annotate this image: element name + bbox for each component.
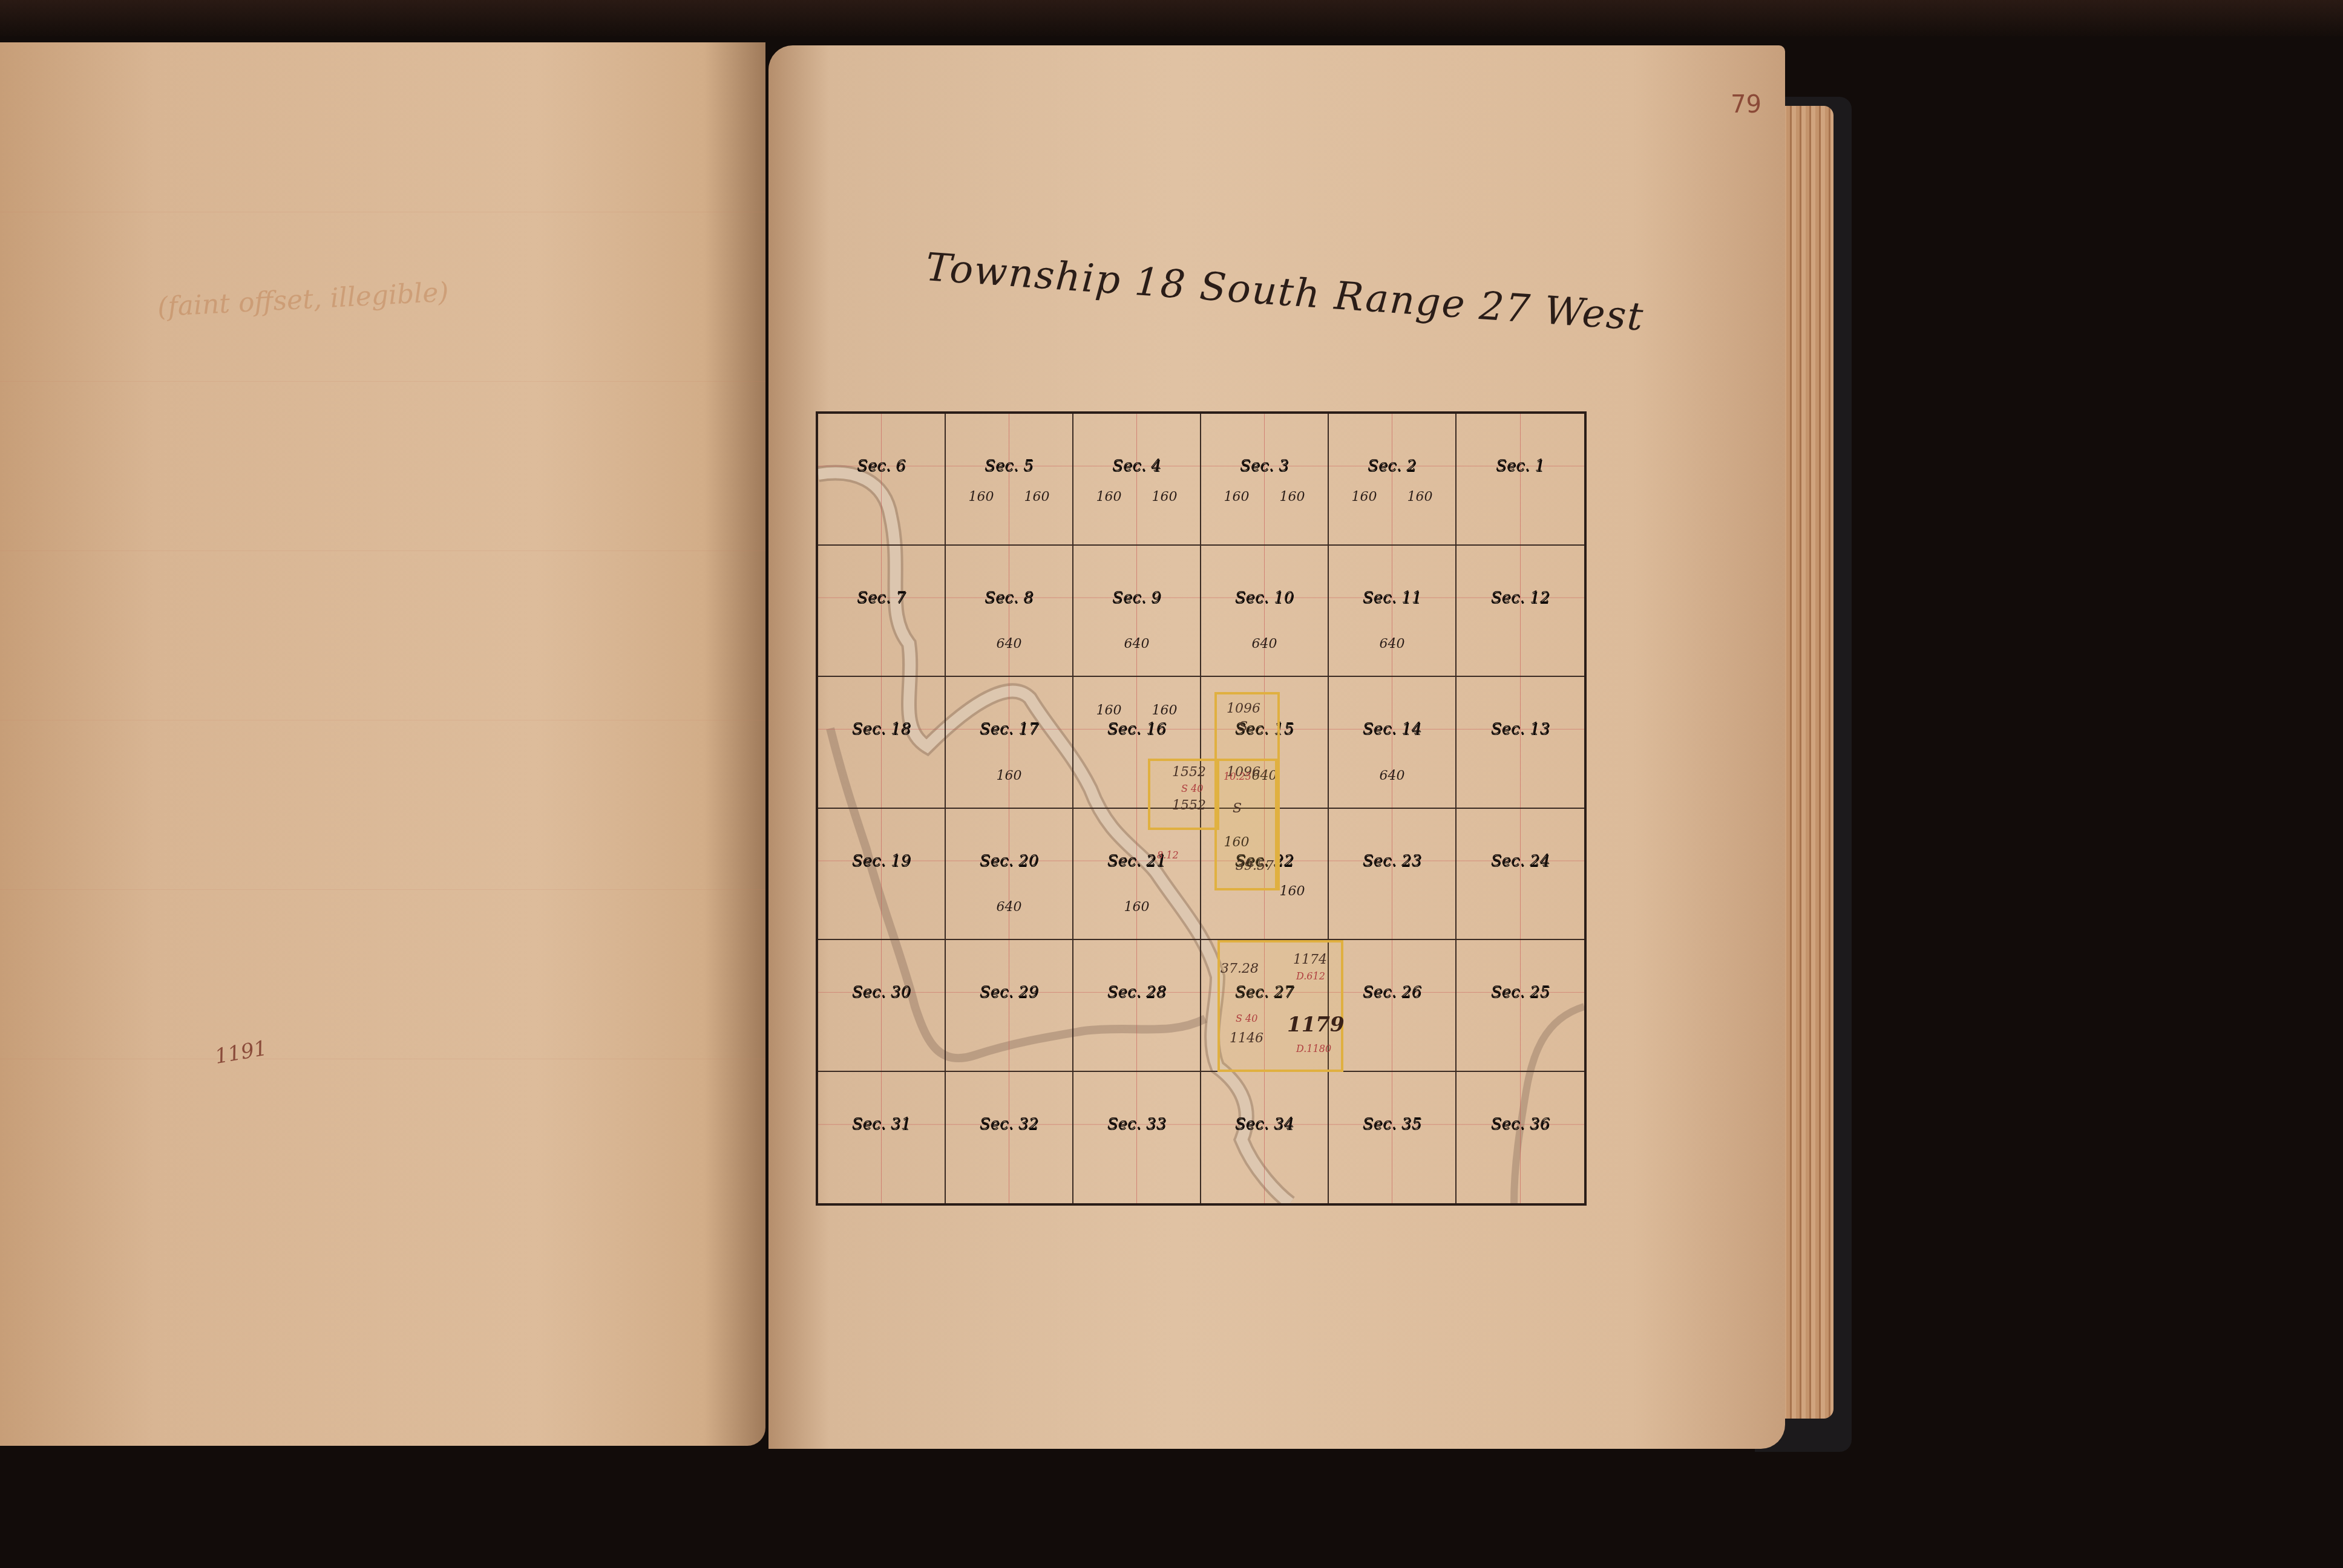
section-30[interactable]: Sec. 30 — [818, 940, 946, 1072]
annotation: 1146 — [1230, 1031, 1263, 1046]
acreage: 640 — [1380, 636, 1405, 652]
section-label: Sec. 13 — [1491, 720, 1550, 738]
ruled-line — [0, 212, 765, 212]
annotation: 1096 — [1227, 701, 1260, 716]
section-label: Sec. 9 — [1112, 589, 1161, 607]
section-label: Sec. 33 — [1107, 1115, 1166, 1133]
ruled-line — [0, 381, 765, 382]
section-6[interactable]: Sec. 6 — [818, 414, 946, 546]
acreage: 160 — [1352, 489, 1377, 505]
acreage: 640 — [997, 900, 1022, 915]
section-4[interactable]: Sec. 4160160 — [1073, 414, 1201, 546]
section-36[interactable]: Sec. 36 — [1457, 1072, 1584, 1204]
acreage: 160 — [1152, 489, 1178, 505]
section-label: Sec. 8 — [985, 589, 1034, 607]
township-plat-map: Sec. 6 Sec. 5160160 Sec. 4160160 Sec. 31… — [816, 411, 1587, 1206]
annotation: S 40 — [1181, 783, 1203, 794]
section-label: Sec. 2 — [1368, 457, 1417, 475]
section-label: Sec. 25 — [1491, 983, 1550, 1001]
section-13[interactable]: Sec. 13 — [1457, 677, 1584, 809]
section-32[interactable]: Sec. 32 — [946, 1072, 1073, 1204]
acreage: 160 — [1224, 489, 1250, 505]
acreage: 160 — [1280, 489, 1305, 505]
section-34[interactable]: Sec. 34 — [1201, 1072, 1329, 1204]
section-10[interactable]: Sec. 10640 — [1201, 546, 1329, 678]
section-3[interactable]: Sec. 3160160 — [1201, 414, 1329, 546]
acreage: 160 — [1124, 900, 1150, 915]
section-2[interactable]: Sec. 2160160 — [1329, 414, 1457, 546]
ruled-line — [0, 550, 765, 551]
section-label: Sec. 6 — [857, 457, 906, 475]
acreage: 160 — [1407, 489, 1433, 505]
ruled-line — [0, 720, 765, 720]
section-label: Sec. 10 — [1235, 589, 1294, 607]
annotation: D.1180 — [1296, 1043, 1331, 1054]
annotation: 1179 — [1287, 1013, 1345, 1037]
annotation: 8.12 — [1157, 849, 1179, 861]
annotation: 10.25 — [1224, 771, 1251, 782]
annotation: S — [1233, 801, 1242, 816]
section-12[interactable]: Sec. 12 — [1457, 546, 1584, 678]
section-label: Sec. 36 — [1491, 1115, 1550, 1133]
offset-text: (faint offset, illegible) — [157, 276, 450, 322]
section-25[interactable]: Sec. 25 — [1457, 940, 1584, 1072]
left-page-note: 1191 — [213, 1036, 269, 1069]
section-label: Sec. 28 — [1107, 983, 1166, 1001]
page-number: 79 — [1731, 91, 1761, 119]
annotation: S — [1239, 719, 1248, 734]
section-label: Sec. 34 — [1235, 1115, 1294, 1133]
section-label: Sec. 30 — [852, 983, 911, 1001]
section-label: Sec. 7 — [857, 589, 906, 607]
section-label: Sec. 20 — [980, 852, 1038, 870]
section-label: Sec. 23 — [1363, 852, 1421, 870]
section-28[interactable]: Sec. 28 — [1073, 940, 1201, 1072]
section-label: Sec. 4 — [1112, 457, 1161, 475]
background-top — [0, 0, 2343, 36]
section-label: Sec. 16 — [1107, 720, 1166, 738]
section-label: Sec. 32 — [980, 1115, 1038, 1133]
annotation: 1552 — [1172, 765, 1206, 780]
section-label: Sec. 26 — [1363, 983, 1421, 1001]
ruled-line — [0, 889, 765, 890]
section-1[interactable]: Sec. 1 — [1457, 414, 1584, 546]
ruled-line — [0, 1059, 765, 1059]
section-label: Sec. 1 — [1496, 457, 1545, 475]
section-label: Sec. 14 — [1363, 720, 1421, 738]
section-20[interactable]: Sec. 20640 — [946, 809, 1073, 941]
section-9[interactable]: Sec. 9640 — [1073, 546, 1201, 678]
acreage: 160 — [1280, 884, 1305, 899]
acreage: 640 — [1380, 768, 1405, 783]
section-7[interactable]: Sec. 7 — [818, 546, 946, 678]
acreage: 160 — [1096, 703, 1122, 718]
annotation: 37.28 — [1221, 961, 1259, 976]
left-page: (faint offset, illegible) 1191 — [0, 42, 765, 1446]
section-label: Sec. 35 — [1363, 1115, 1421, 1133]
acreage: 640 — [997, 636, 1022, 652]
acreage: 160 — [1152, 703, 1178, 718]
acreage: 640 — [1252, 636, 1277, 652]
section-11[interactable]: Sec. 11640 — [1329, 546, 1457, 678]
acreage: 160 — [997, 768, 1022, 783]
section-26[interactable]: Sec. 26 — [1329, 940, 1457, 1072]
section-5[interactable]: Sec. 5160160 — [946, 414, 1073, 546]
section-35[interactable]: Sec. 35 — [1329, 1072, 1457, 1204]
section-label: Sec. 18 — [852, 720, 911, 738]
acreage: 160 — [1096, 489, 1122, 505]
section-label: Sec. 29 — [980, 983, 1038, 1001]
acreage: 160 — [1024, 489, 1050, 505]
annotation: S 40 — [1236, 1013, 1257, 1024]
section-label: Sec. 17 — [980, 720, 1038, 738]
section-label: Sec. 5 — [985, 457, 1034, 475]
acreage: 160 — [969, 489, 994, 505]
annotation: D.612 — [1296, 970, 1325, 982]
annotation: 39.57 — [1236, 858, 1274, 874]
section-label: Sec. 19 — [852, 852, 911, 870]
annotation: 1552 — [1172, 798, 1206, 813]
section-8[interactable]: Sec. 8640 — [946, 546, 1073, 678]
section-label: Sec. 11 — [1363, 589, 1421, 607]
section-31[interactable]: Sec. 31 — [818, 1072, 946, 1204]
acreage: 640 — [1124, 636, 1150, 652]
section-17[interactable]: Sec. 17160 — [946, 677, 1073, 809]
section-label: Sec. 24 — [1491, 852, 1550, 870]
section-label: Sec. 12 — [1491, 589, 1550, 607]
section-19[interactable]: Sec. 19 — [818, 809, 946, 941]
section-label: Sec. 3 — [1240, 457, 1289, 475]
section-23[interactable]: Sec. 23 — [1329, 809, 1457, 941]
section-33[interactable]: Sec. 33 — [1073, 1072, 1201, 1204]
section-29[interactable]: Sec. 29 — [946, 940, 1073, 1072]
section-24[interactable]: Sec. 24 — [1457, 809, 1584, 941]
section-label: Sec. 31 — [852, 1115, 911, 1133]
annotation: 1174 — [1293, 952, 1327, 967]
section-14[interactable]: Sec. 14640 — [1329, 677, 1457, 809]
section-18[interactable]: Sec. 18 — [818, 677, 946, 809]
